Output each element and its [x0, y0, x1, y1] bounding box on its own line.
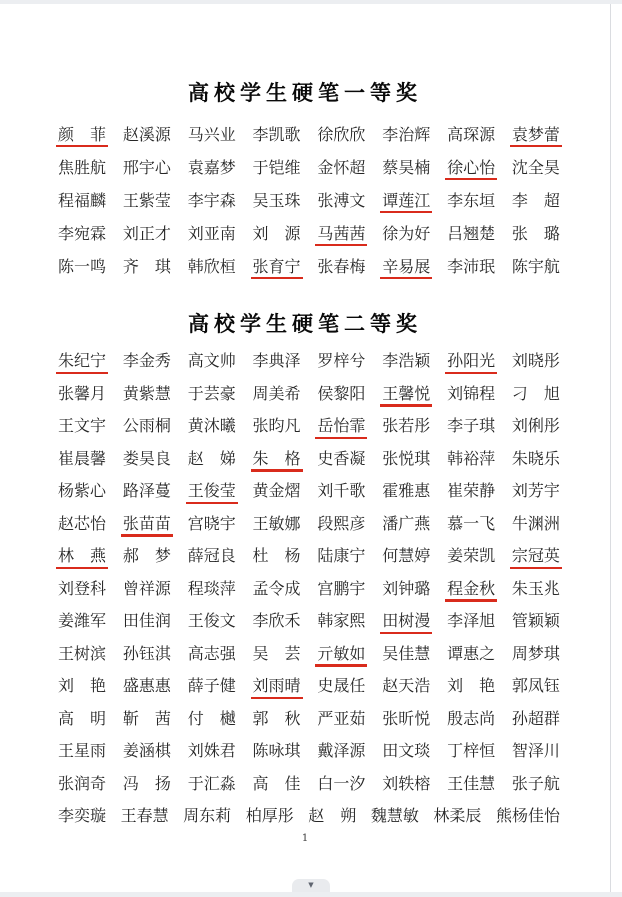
awardee-name-underlined: 马茜茜 — [317, 225, 365, 243]
awardee-name: 潘广燕 — [382, 515, 430, 533]
awardee-name: 宫晓宇 — [188, 515, 236, 533]
awardee-name: 姜荣凯 — [447, 547, 495, 565]
awardee-name: 张若彤 — [382, 417, 430, 435]
awardee-name: 王树滨 — [58, 645, 106, 663]
awardee-name: 王星雨 — [58, 742, 106, 760]
awardee-name: 霍雅惠 — [382, 482, 430, 500]
toolbar-pull-tab[interactable]: ▼ — [292, 879, 330, 892]
name-row: 高 明靳 茜付 樾郭 秋严亚茹张昕悦殷志尚孙超群 — [58, 703, 560, 736]
awardee-name: 白一汐 — [317, 775, 365, 793]
awardee-name: 刘轶榕 — [382, 775, 430, 793]
awardee-name-underlined: 袁梦蕾 — [512, 126, 560, 144]
awardee-name: 陈咏琪 — [253, 742, 301, 760]
awardee-name-underlined: 刘雨晴 — [253, 677, 301, 695]
viewer-bottom-edge — [0, 892, 622, 897]
awardee-name: 李宛霖 — [58, 225, 106, 243]
awardee-name: 黄金熠 — [253, 482, 301, 500]
awardee-name: 马兴业 — [188, 126, 236, 144]
awardee-name: 熊杨佳怡 — [496, 807, 560, 825]
awardee-name: 韩裕萍 — [447, 450, 495, 468]
awardee-name: 何慧婷 — [382, 547, 430, 565]
name-row: 李奕璇王春慧周东莉柏厚彤赵 朔魏慧敏林柔辰熊杨佳怡 — [58, 800, 560, 833]
document-viewer: 高校学生硬笔一等奖 颜 菲赵溪源马兴业李凯歌徐欣欣李治辉高琛源袁梦蕾焦胜航邢宇心… — [0, 0, 622, 897]
awardee-name: 陆康宁 — [317, 547, 365, 565]
awardee-name: 李浩颖 — [382, 352, 430, 370]
awardee-name: 张馨月 — [58, 385, 106, 403]
awardee-name: 高琛源 — [447, 126, 495, 144]
awardee-name: 崔荣静 — [447, 482, 495, 500]
awardee-name: 娄昊良 — [123, 450, 171, 468]
awardee-name: 郭凤钰 — [512, 677, 560, 695]
awardee-name: 刘钟璐 — [382, 580, 430, 598]
awardee-name: 周东莉 — [183, 807, 231, 825]
awardee-name: 李奕璇 — [58, 807, 106, 825]
awardee-name: 李凯歌 — [253, 126, 301, 144]
second-prize-name-list: 朱纪宁李金秀高文帅李典泽罗梓兮李浩颖孙阳光刘晓彤张馨月黄紫慧于芸豪周美希侯黎阳王… — [0, 345, 610, 833]
name-row: 颜 菲赵溪源马兴业李凯歌徐欣欣李治辉高琛源袁梦蕾 — [58, 118, 560, 151]
awardee-name: 张 璐 — [512, 225, 560, 243]
awardee-name: 高志强 — [188, 645, 236, 663]
awardee-name: 王佳慧 — [447, 775, 495, 793]
awardee-name-underlined: 程金秋 — [447, 580, 495, 598]
awardee-name-underlined: 辛易展 — [382, 258, 430, 276]
awardee-name: 吕翘楚 — [447, 225, 495, 243]
awardee-name: 严亚茹 — [317, 710, 365, 728]
awardee-name: 金怀超 — [317, 159, 365, 177]
name-row: 李宛霖刘正才刘亚南刘 源马茜茜徐为好吕翘楚张 璐 — [58, 217, 560, 250]
awardee-name-underlined: 朱 格 — [253, 450, 301, 468]
awardee-name-underlined: 朱纪宁 — [58, 352, 106, 370]
awardee-name: 李治辉 — [382, 126, 430, 144]
name-row: 刘 艳盛惠惠薛子健刘雨晴史晟任赵天浩刘 艳郭凤钰 — [58, 670, 560, 703]
name-row: 赵芯怡张苗苗宫晓宇王敏娜段熙彦潘广燕慕一飞牛渊洲 — [58, 508, 560, 541]
awardee-name: 公雨桐 — [123, 417, 171, 435]
awardee-name: 史晟任 — [317, 677, 365, 695]
awardee-name: 齐 琪 — [123, 258, 171, 276]
awardee-name: 邢宇心 — [123, 159, 171, 177]
awardee-name: 刘芳宇 — [512, 482, 560, 500]
awardee-name: 蔡昊楠 — [382, 159, 430, 177]
awardee-name: 史香凝 — [317, 450, 365, 468]
awardee-name: 周梦琪 — [512, 645, 560, 663]
awardee-name: 赵 朔 — [308, 807, 356, 825]
awardee-name: 刘姝君 — [188, 742, 236, 760]
awardee-name: 吴佳慧 — [382, 645, 430, 663]
awardee-name: 王俊文 — [188, 612, 236, 630]
awardee-name: 孟令成 — [253, 580, 301, 598]
awardee-name: 靳 茜 — [123, 710, 171, 728]
awardee-name: 王春慧 — [121, 807, 169, 825]
awardee-name: 赵溪源 — [123, 126, 171, 144]
name-row: 林 燕郝 梦薛冠良杜 杨陆康宁何慧婷姜荣凯宗冠英 — [58, 540, 560, 573]
awardee-name: 刘晓彤 — [512, 352, 560, 370]
awardee-name: 管颖颖 — [512, 612, 560, 630]
awardee-name: 高 明 — [58, 710, 106, 728]
awardee-name: 李沛珉 — [447, 258, 495, 276]
awardee-name: 林柔辰 — [433, 807, 481, 825]
awardee-name: 李金秀 — [123, 352, 171, 370]
awardee-name: 刘 艳 — [447, 677, 495, 695]
awardee-name: 吴玉珠 — [253, 192, 301, 210]
awardee-name: 柏厚彤 — [246, 807, 294, 825]
awardee-name-underlined: 孙阳光 — [447, 352, 495, 370]
awardee-name: 牛渊洲 — [512, 515, 560, 533]
awardee-name: 薛冠良 — [188, 547, 236, 565]
awardee-name: 谭惠之 — [447, 645, 495, 663]
awardee-name: 田文琰 — [382, 742, 430, 760]
awardee-name: 王紫莹 — [123, 192, 171, 210]
awardee-name: 王敏娜 — [253, 515, 301, 533]
awardee-name-underlined: 颜 菲 — [58, 126, 106, 144]
awardee-name: 侯黎阳 — [317, 385, 365, 403]
awardee-name: 张春梅 — [317, 258, 365, 276]
page-right-edge — [610, 4, 611, 892]
awardee-name: 于汇淼 — [188, 775, 236, 793]
name-row: 崔晨馨娄昊良赵 娣朱 格史香凝张悦琪韩裕萍朱晓乐 — [58, 443, 560, 476]
first-prize-name-list: 颜 菲赵溪源马兴业李凯歌徐欣欣李治辉高琛源袁梦蕾焦胜航邢宇心袁嘉梦于铠维金怀超蔡… — [0, 118, 610, 283]
awardee-name: 宫鹏宇 — [317, 580, 365, 598]
awardee-name: 王文宇 — [58, 417, 106, 435]
awardee-name-underlined: 岳怡霏 — [317, 417, 365, 435]
awardee-name: 刁 旭 — [512, 385, 560, 403]
awardee-name-underlined: 王俊莹 — [188, 482, 236, 500]
awardee-name: 高文帅 — [188, 352, 236, 370]
awardee-name: 刘千歌 — [317, 482, 365, 500]
awardee-name-underlined: 林 燕 — [58, 547, 106, 565]
awardee-name: 李典泽 — [253, 352, 301, 370]
name-row: 朱纪宁李金秀高文帅李典泽罗梓兮李浩颖孙阳光刘晓彤 — [58, 345, 560, 378]
awardee-name: 张昕悦 — [382, 710, 430, 728]
awardee-name: 丁梓恒 — [447, 742, 495, 760]
awardee-name: 周美希 — [253, 385, 301, 403]
awardee-name: 姜涵棋 — [123, 742, 171, 760]
awardee-name: 刘正才 — [123, 225, 171, 243]
awardee-name: 张昀凡 — [253, 417, 301, 435]
awardee-name: 高 佳 — [253, 775, 301, 793]
awardee-name-underlined: 王馨悦 — [382, 385, 430, 403]
awardee-name: 黄沐曦 — [188, 417, 236, 435]
document-page: 高校学生硬笔一等奖 颜 菲赵溪源马兴业李凯歌徐欣欣李治辉高琛源袁梦蕾焦胜航邢宇心… — [0, 4, 610, 845]
awardee-name: 韩家熙 — [317, 612, 365, 630]
awardee-name-underlined: 宗冠英 — [512, 547, 560, 565]
awardee-name: 薛子健 — [188, 677, 236, 695]
awardee-name: 郭 秋 — [253, 710, 301, 728]
awardee-name-underlined: 谭莲江 — [382, 192, 430, 210]
chevron-down-icon: ▼ — [308, 882, 313, 889]
awardee-name: 张溥文 — [317, 192, 365, 210]
name-row: 王树滨孙钰淇高志强吴 芸亓敏如吴佳慧谭惠之周梦琪 — [58, 638, 560, 671]
awardee-name: 李东垣 — [447, 192, 495, 210]
name-row: 张馨月黄紫慧于芸豪周美希侯黎阳王馨悦刘锦程刁 旭 — [58, 378, 560, 411]
awardee-name: 于芸豪 — [188, 385, 236, 403]
awardee-name: 曾祥源 — [123, 580, 171, 598]
awardee-name: 李欣禾 — [253, 612, 301, 630]
awardee-name: 路泽蔓 — [123, 482, 171, 500]
awardee-name: 刘锦程 — [447, 385, 495, 403]
section-title-first-prize: 高校学生硬笔一等奖 — [0, 80, 610, 106]
awardee-name: 徐欣欣 — [317, 126, 365, 144]
awardee-name: 程福麟 — [58, 192, 106, 210]
awardee-name: 朱玉兆 — [512, 580, 560, 598]
awardee-name: 刘登科 — [58, 580, 106, 598]
awardee-name: 智泽川 — [512, 742, 560, 760]
awardee-name: 刘俐彤 — [512, 417, 560, 435]
awardee-name-underlined: 张育宁 — [253, 258, 301, 276]
awardee-name: 殷志尚 — [447, 710, 495, 728]
awardee-name: 陈宇航 — [512, 258, 560, 276]
awardee-name: 刘 艳 — [58, 677, 106, 695]
awardee-name: 孙钰淇 — [123, 645, 171, 663]
awardee-name: 姜潍军 — [58, 612, 106, 630]
awardee-name: 郝 梦 — [123, 547, 171, 565]
name-row: 焦胜航邢宇心袁嘉梦于铠维金怀超蔡昊楠徐心怡沈全昊 — [58, 151, 560, 184]
name-row: 程福麟王紫莹李宇森吴玉珠张溥文谭莲江李东垣李 超 — [58, 184, 560, 217]
awardee-name: 焦胜航 — [58, 159, 106, 177]
awardee-name: 赵 娣 — [188, 450, 236, 468]
name-row: 王文宇公雨桐黄沐曦张昀凡岳怡霏张若彤李子琪刘俐彤 — [58, 410, 560, 443]
awardee-name: 袁嘉梦 — [188, 159, 236, 177]
awardee-name: 程琰萍 — [188, 580, 236, 598]
awardee-name: 张悦琪 — [382, 450, 430, 468]
awardee-name: 吴 芸 — [253, 645, 301, 663]
page-number: 1 — [0, 833, 610, 845]
awardee-name: 田佳润 — [123, 612, 171, 630]
name-row: 姜潍军田佳润王俊文李欣禾韩家熙田树漫李泽旭管颖颖 — [58, 605, 560, 638]
name-row: 王星雨姜涵棋刘姝君陈咏琪戴泽源田文琰丁梓恒智泽川 — [58, 735, 560, 768]
awardee-name: 罗梓兮 — [317, 352, 365, 370]
awardee-name: 杨紫心 — [58, 482, 106, 500]
awardee-name: 慕一飞 — [447, 515, 495, 533]
awardee-name: 黄紫慧 — [123, 385, 171, 403]
awardee-name: 戴泽源 — [317, 742, 365, 760]
awardee-name: 崔晨馨 — [58, 450, 106, 468]
awardee-name-underlined: 徐心怡 — [447, 159, 495, 177]
awardee-name: 李泽旭 — [447, 612, 495, 630]
awardee-name: 李 超 — [512, 192, 560, 210]
awardee-name: 刘亚南 — [188, 225, 236, 243]
name-row: 张润奇冯 扬于汇淼高 佳白一汐刘轶榕王佳慧张子航 — [58, 768, 560, 801]
awardee-name: 魏慧敏 — [371, 807, 419, 825]
awardee-name: 盛惠惠 — [123, 677, 171, 695]
awardee-name: 于铠维 — [253, 159, 301, 177]
awardee-name: 付 樾 — [188, 710, 236, 728]
awardee-name: 孙超群 — [512, 710, 560, 728]
awardee-name: 张润奇 — [58, 775, 106, 793]
awardee-name: 沈全昊 — [512, 159, 560, 177]
awardee-name: 徐为好 — [382, 225, 430, 243]
awardee-name: 韩欣桓 — [188, 258, 236, 276]
name-row: 陈一鸣齐 琪韩欣桓张育宁张春梅辛易展李沛珉陈宇航 — [58, 250, 560, 283]
awardee-name: 杜 杨 — [253, 547, 301, 565]
awardee-name: 陈一鸣 — [58, 258, 106, 276]
awardee-name-underlined: 田树漫 — [382, 612, 430, 630]
awardee-name: 赵天浩 — [382, 677, 430, 695]
awardee-name: 李子琪 — [447, 417, 495, 435]
awardee-name: 朱晓乐 — [512, 450, 560, 468]
awardee-name: 赵芯怡 — [58, 515, 106, 533]
name-row: 杨紫心路泽蔓王俊莹黄金熠刘千歌霍雅惠崔荣静刘芳宇 — [58, 475, 560, 508]
name-row: 刘登科曾祥源程琰萍孟令成宫鹏宇刘钟璐程金秋朱玉兆 — [58, 573, 560, 606]
awardee-name: 张子航 — [512, 775, 560, 793]
awardee-name: 刘 源 — [253, 225, 301, 243]
awardee-name: 冯 扬 — [123, 775, 171, 793]
section-title-second-prize: 高校学生硬笔二等奖 — [0, 311, 610, 337]
awardee-name: 段熙彦 — [317, 515, 365, 533]
awardee-name-underlined: 张苗苗 — [123, 515, 171, 533]
awardee-name-underlined: 亓敏如 — [317, 645, 365, 663]
awardee-name: 李宇森 — [188, 192, 236, 210]
